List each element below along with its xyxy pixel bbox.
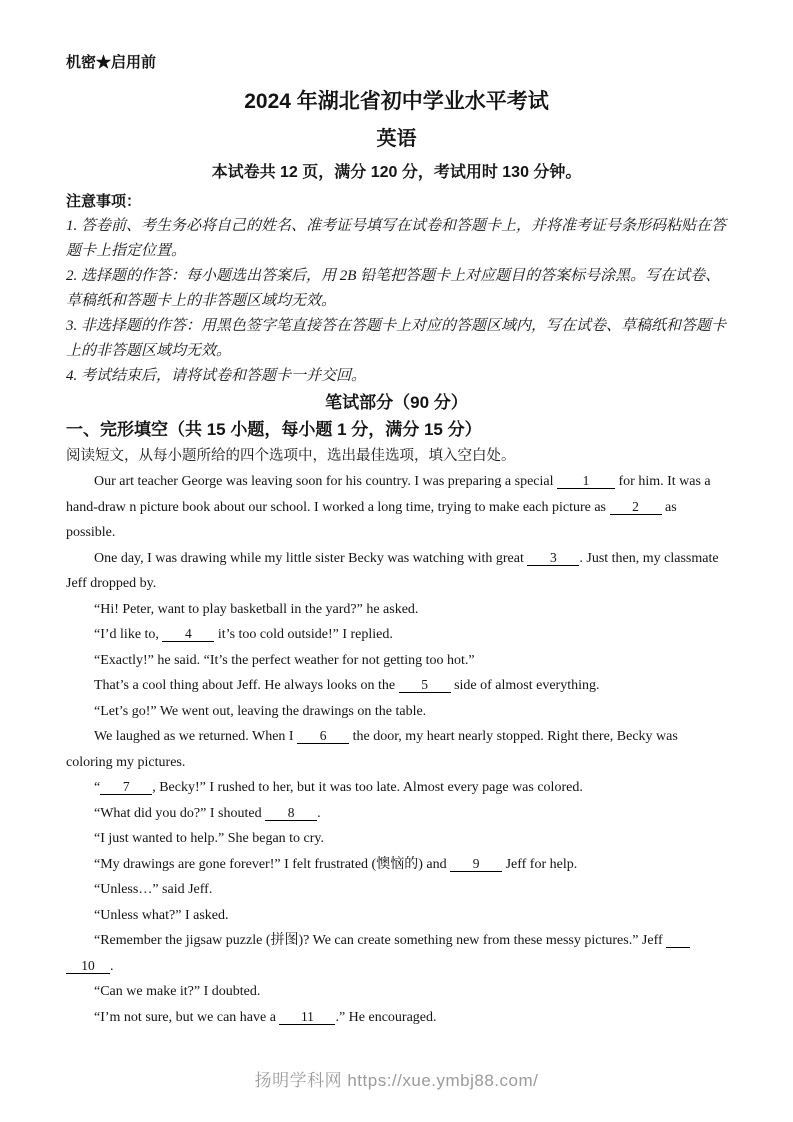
part1-cloze-heading: 一、完形填空（共 15 小题，每小题 1 分，满分 15 分） [66,417,727,443]
notice-item-3: 3. 非选择题的作答：用黑色签字笔直接答在答题卡上对应的答题区域内，写在试卷、草… [66,314,727,364]
confidential-label: 机密★启用前 [66,54,727,72]
passage-paragraph: Our art teacher George was leaving soon … [66,469,727,546]
cloze-blank-9: 9 [450,856,502,872]
passage-paragraph: “7, Becky!” I rushed to her, but it was … [66,775,727,801]
passage-paragraph: “Let’s go!” We went out, leaving the dra… [66,699,727,725]
passage-paragraph: “Exactly!” he said. “It’s the perfect we… [66,648,727,674]
cloze-blank-4: 4 [162,626,214,642]
cloze-blank-5: 5 [399,677,451,693]
passage-paragraph: “Can we make it?” I doubted. [66,979,727,1005]
notice-item-1: 1. 答卷前、考生务必将自己的姓名、准考证号填写在试卷和答题卡上，并将准考证号条… [66,214,727,264]
paper-info: 本试卷共 12 页，满分 120 分，考试用时 130 分钟。 [66,162,727,184]
cloze-blank-11: 11 [279,1009,335,1025]
cloze-blank-6: 6 [297,728,349,744]
passage-paragraph: One day, I was drawing while my little s… [66,546,727,597]
cloze-blank-10: 10 [66,958,110,974]
passage-paragraph: “What did you do?” I shouted 8. [66,801,727,827]
passage-paragraph: “Unless what?” I asked. [66,903,727,929]
cloze-blank-7: 7 [100,779,152,795]
cloze-blank-2: 2 [610,499,662,515]
cloze-blank-1: 1 [557,473,615,489]
cloze-blank-3: 3 [527,550,579,566]
subject-title: 英语 [66,126,727,152]
exam-paper-page: 机密★启用前 2024 年湖北省初中学业水平考试 英语 本试卷共 12 页，满分… [0,0,793,1122]
cloze-blank-lead [666,932,690,948]
notices-heading: 注意事项： [66,190,727,214]
passage-paragraph: “I’m not sure, but we can have a 11.” He… [66,1005,727,1031]
notice-item-2: 2. 选择题的作答：每小题选出答案后，用 2B 铅笔把答题卡上对应题目的答案标号… [66,264,727,314]
passage-paragraph: “I just wanted to help.” She began to cr… [66,826,727,852]
exam-title: 2024 年湖北省初中学业水平考试 [66,88,727,116]
cloze-instructions: 阅读短文，从每小题所给的四个选项中，选出最佳选项，填入空白处。 [66,445,727,467]
passage-paragraph: We laughed as we returned. When I 6 the … [66,724,727,775]
written-section-heading: 笔试部分（90 分） [66,391,727,415]
passage: Our art teacher George was leaving soon … [66,469,727,1030]
footer-watermark: 扬明学科网 https://xue.ymbj88.com/ [0,1066,793,1091]
passage-paragraph: “Hi! Peter, want to play basketball in t… [66,597,727,623]
cloze-blank-8: 8 [265,805,317,821]
passage-paragraph: “I’d like to, 4 it’s too cold outside!” … [66,622,727,648]
passage-paragraph: “Remember the jigsaw puzzle (拼图)? We can… [66,928,727,979]
passage-paragraph: “Unless…” said Jeff. [66,877,727,903]
passage-paragraph: That’s a cool thing about Jeff. He alway… [66,673,727,699]
passage-paragraph: “My drawings are gone forever!” I felt f… [66,852,727,878]
notice-item-4: 4. 考试结束后，请将试卷和答题卡一并交回。 [66,364,727,389]
